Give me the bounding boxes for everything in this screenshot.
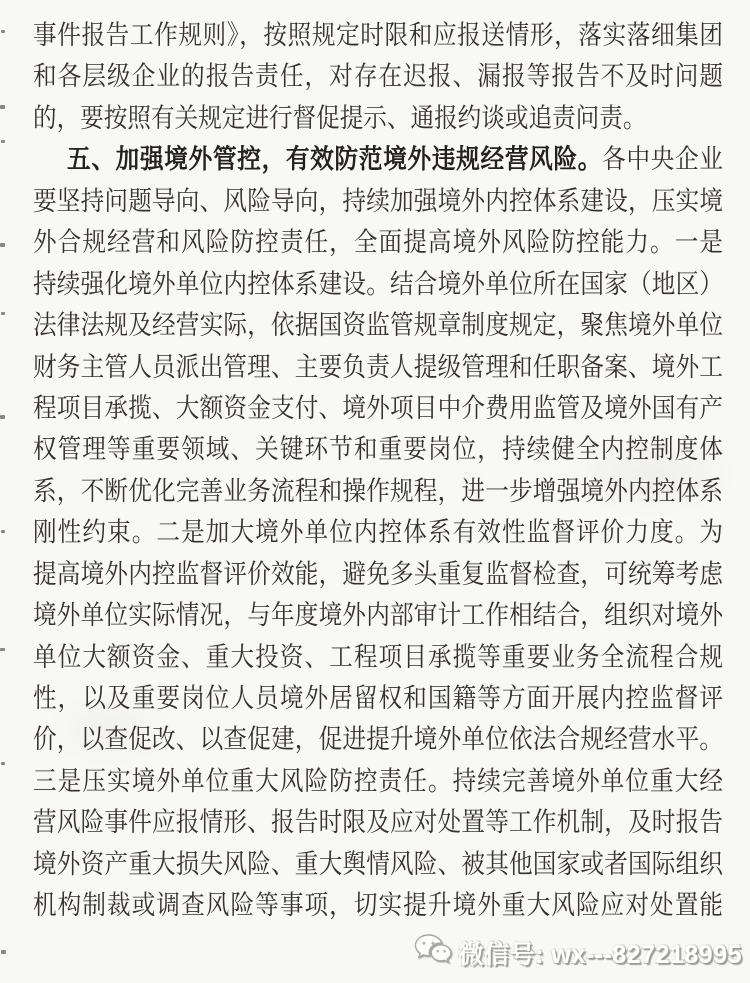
line-text: 各中央企业 <box>602 145 723 175</box>
line-text: 单位大额资金、重大投资、工程项目承揽等重要业务全流程合规 <box>33 643 723 673</box>
text-line: 和各层级企业的报告责任，对存在迟报、漏报等报告不及时问题 <box>33 55 723 102</box>
scan-artifact <box>1 762 5 765</box>
scan-artifact <box>0 648 5 651</box>
text-line: 外合规经营和风险防控责任，全面提高境外风险防控能力。一是 <box>33 220 723 267</box>
document-body: 事件报告工作规则》，按照规定时限和应报送情形，落实落细集团和各层级企业的报告责任… <box>33 16 723 928</box>
line-text: 系，不断优化完善业务流程和操作规程，进一步增强境外内控体系 <box>33 477 723 507</box>
text-line: 法律法规及经营实际，依据国资监管规章制度规定，聚焦境外单位 <box>33 303 723 350</box>
line-text: 三是压实境外单位重大风险防控责任。持续完善境外单位重大经 <box>33 767 723 797</box>
scan-artifact <box>1 530 5 533</box>
line-text: 价，以查促改、以查促建，促进提升境外单位依法合规经营水平。 <box>33 726 723 756</box>
text-line: 系，不断优化完善业务流程和操作规程，进一步增强境外内控体系 <box>33 469 723 516</box>
scanned-document-page: { "page": { "background": "#f8f8f5", "te… <box>0 0 750 983</box>
line-text: 提高境外内控监督评价效能，避免多头重复监督检查，可统筹考虑 <box>33 560 723 590</box>
line-text: 程项目承揽、大额资金支付、境外项目中介费用监管及境外国有产 <box>33 394 723 424</box>
line-text: 境外单位实际情况，与年度境外内部审计工作相结合，组织对境外 <box>33 601 723 631</box>
watermark-label: 微信号: wx---827218995 <box>459 935 742 971</box>
text-line: 刚性约束。二是加大境外单位内控体系有效性监督评价力度。为 <box>33 510 723 557</box>
line-text: 营风险事件应报情形、报告时限及应对处置等工作机制，及时报告 <box>33 808 723 838</box>
line-text: 外合规经营和风险防控责任，全面提高境外风险防控能力。一是 <box>33 228 723 258</box>
line-text: 机构制裁或调查风险等事项，切实提升境外重大风险应对处置能 <box>33 891 723 921</box>
line-text: 持续强化境外单位内控体系建设。结合境外单位所在国家（地区） <box>33 270 723 300</box>
wechat-icon <box>414 933 452 973</box>
scan-artifact <box>1 140 5 143</box>
text-line: 境外资产重大损失风险、重大舆情风险、被其他国家或者国际组织 <box>33 842 723 889</box>
text-line: 单位大额资金、重大投资、工程项目承揽等重要业务全流程合规 <box>33 635 723 682</box>
text-line: 营风险事件应报情形、报告时限及应对处置等工作机制，及时报告 <box>33 800 723 847</box>
line-text: 刚性约束。二是加大境外单位内控体系有效性监督评价力度。为 <box>33 518 723 548</box>
line-text: 法律法规及经营实际，依据国资监管规章制度规定，聚焦境外单位 <box>33 311 723 341</box>
text-line: 要坚持问题导向、风险导向，持续加强境外内控体系建设，压实境 <box>33 179 723 226</box>
scan-artifact <box>0 415 5 419</box>
line-text: 权管理等重要领域、关键环节和重要岗位，持续健全内控制度体 <box>33 435 723 465</box>
line-text: 事件报告工作规则》，按照规定时限和应报送情形，落实落细集团 <box>33 21 723 51</box>
line-text: 性，以及重要岗位人员境外居留权和国籍等方面开展内控监督评 <box>33 684 723 714</box>
scan-artifact <box>0 243 5 247</box>
scan-artifact <box>0 105 5 109</box>
text-line: 价，以查促改、以查促建，促进提升境外单位依法合规经营水平。 <box>33 718 723 765</box>
text-line: 权管理等重要领域、关键环节和重要岗位，持续健全内控制度体 <box>33 427 723 474</box>
line-text: 的，要按照有关规定进行督促提示、通报约谈或追责问责。 <box>33 104 646 134</box>
heading-line: 五、加强境外管控，有效防范境外违规经营风险。各中央企业 <box>33 137 723 184</box>
text-line: 机构制裁或调查风险等事项，切实提升境外重大风险应对处置能 <box>33 883 723 930</box>
line-text: 和各层级企业的报告责任，对存在迟报、漏报等报告不及时问题 <box>33 63 723 93</box>
text-line: 提高境外内控监督评价效能，避免多头重复监督检查，可统筹考虑 <box>33 552 723 599</box>
text-line: 持续强化境外单位内控体系建设。结合境外单位所在国家（地区） <box>33 262 723 309</box>
line-text: 财务主管人员派出管理、主要负责人提级管理和任职备案、境外工 <box>33 353 723 383</box>
scan-artifact <box>1 30 5 33</box>
text-line: 境外单位实际情况，与年度境外内部审计工作相结合，组织对境外 <box>33 593 723 640</box>
line-text: 境外资产重大损失风险、重大舆情风险、被其他国家或者国际组织 <box>33 850 723 880</box>
watermark: 微信号: wx---827218995 <box>414 933 742 973</box>
scan-artifact <box>1 312 5 315</box>
text-line: 财务主管人员派出管理、主要负责人提级管理和任职备案、境外工 <box>33 345 723 392</box>
section-heading: 五、加强境外管控，有效防范境外违规经营风险。 <box>67 145 602 175</box>
scan-artifact <box>1 950 6 954</box>
line-text: 要坚持问题导向、风险导向，持续加强境外内控体系建设，压实境 <box>33 187 723 217</box>
